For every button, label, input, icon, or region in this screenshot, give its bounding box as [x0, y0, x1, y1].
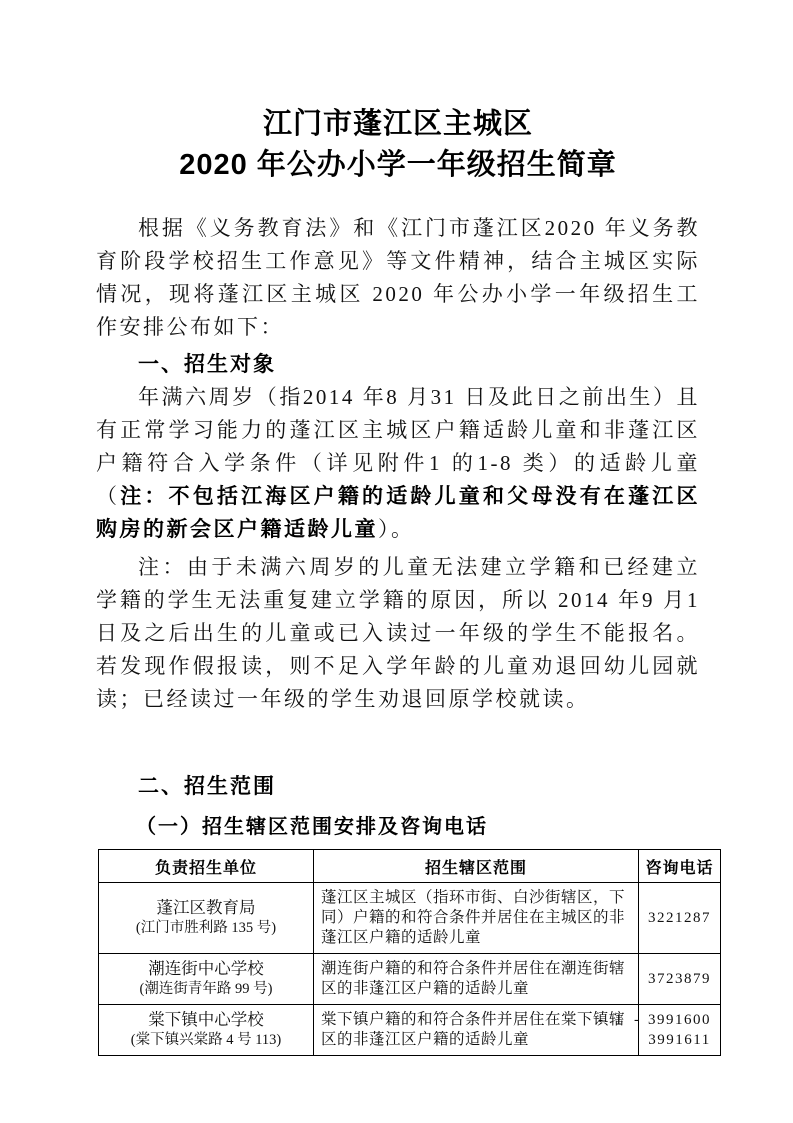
title-line: 江门市蓬江区主城区 [96, 104, 700, 145]
unit-cell: 棠下镇中心学校(棠下镇兴棠路 4 号 113) [99, 1005, 314, 1056]
document-page: 江门市蓬江区主城区2020 年公办小学一年级招生简章 根据《义务教育法》和《江门… [0, 0, 793, 1123]
text-run: ）。 [378, 517, 415, 541]
table-row: 潮连街中心学校(潮连街青年路 99 号)潮连街户籍的和符合条件并居住在潮连街辖区… [99, 954, 721, 1005]
text-run: 根据《义务教育法》和《江门市蓬江区2020 年义务教育阶段学校招生工作意见》等文… [96, 216, 700, 339]
intro-paragraph: 根据《义务教育法》和《江门市蓬江区2020 年义务教育阶段学校招生工作意见》等文… [96, 212, 700, 344]
header-scope: 招生辖区范围 [314, 850, 639, 883]
scope-cell: 潮连街户籍的和符合条件并居住在潮连街辖区的非蓬江区户籍的适龄儿童 [314, 954, 639, 1005]
header-unit: 负责招生单位 [99, 850, 314, 883]
section1-heading: 一、招生对象 [96, 348, 700, 381]
eligibility-paragraph: 年满六周岁（指2014 年8 月31 日及此日之前出生）且有正常学习能力的蓬江区… [96, 381, 700, 546]
table-row: 蓬江区教育局(江门市胜利路 135 号)蓬江区主城区（指环市街、白沙街辖区，下同… [99, 883, 721, 954]
subsection-heading: （一）招生辖区范围安排及咨询电话 [96, 813, 700, 841]
unit-cell: 蓬江区教育局(江门市胜利路 135 号) [99, 883, 314, 954]
phone-cell: 3221287 [639, 883, 721, 954]
phone-cell: 3723879 [639, 954, 721, 1005]
scope-cell: 棠下镇户籍的和符合条件并居住在棠下镇辖区的非蓬江区户籍的适龄儿童 [314, 1005, 639, 1056]
section2-heading: 二、招生范围 [96, 770, 700, 803]
page-number: - 1 - [598, 1012, 640, 1029]
doc-title: 江门市蓬江区主城区2020 年公办小学一年级招生简章 [96, 104, 700, 186]
unit-cell: 潮连街中心学校(潮连街青年路 99 号) [99, 954, 314, 1005]
scope-cell: 蓬江区主城区（指环市街、白沙街辖区，下同）户籍的和符合条件并居住在主城区的非蓬江… [314, 883, 639, 954]
table-header-row: 负责招生单位 招生辖区范围 咨询电话 [99, 850, 721, 883]
title-line: 2020 年公办小学一年级招生简章 [96, 145, 700, 186]
note-paragraph: 注：由于未满六周岁的儿童无法建立学籍和已经建立学籍的学生无法重复建立学籍的原因，… [96, 551, 700, 716]
phone-cell: 39916003991611 [639, 1005, 721, 1056]
header-phone: 咨询电话 [639, 850, 721, 883]
text-run: 注：由于未满六周岁的儿童无法建立学籍和已经建立学籍的学生无法重复建立学籍的原因，… [96, 555, 700, 711]
enrollment-table-body: 蓬江区教育局(江门市胜利路 135 号)蓬江区主城区（指环市街、白沙街辖区，下同… [99, 883, 721, 1056]
